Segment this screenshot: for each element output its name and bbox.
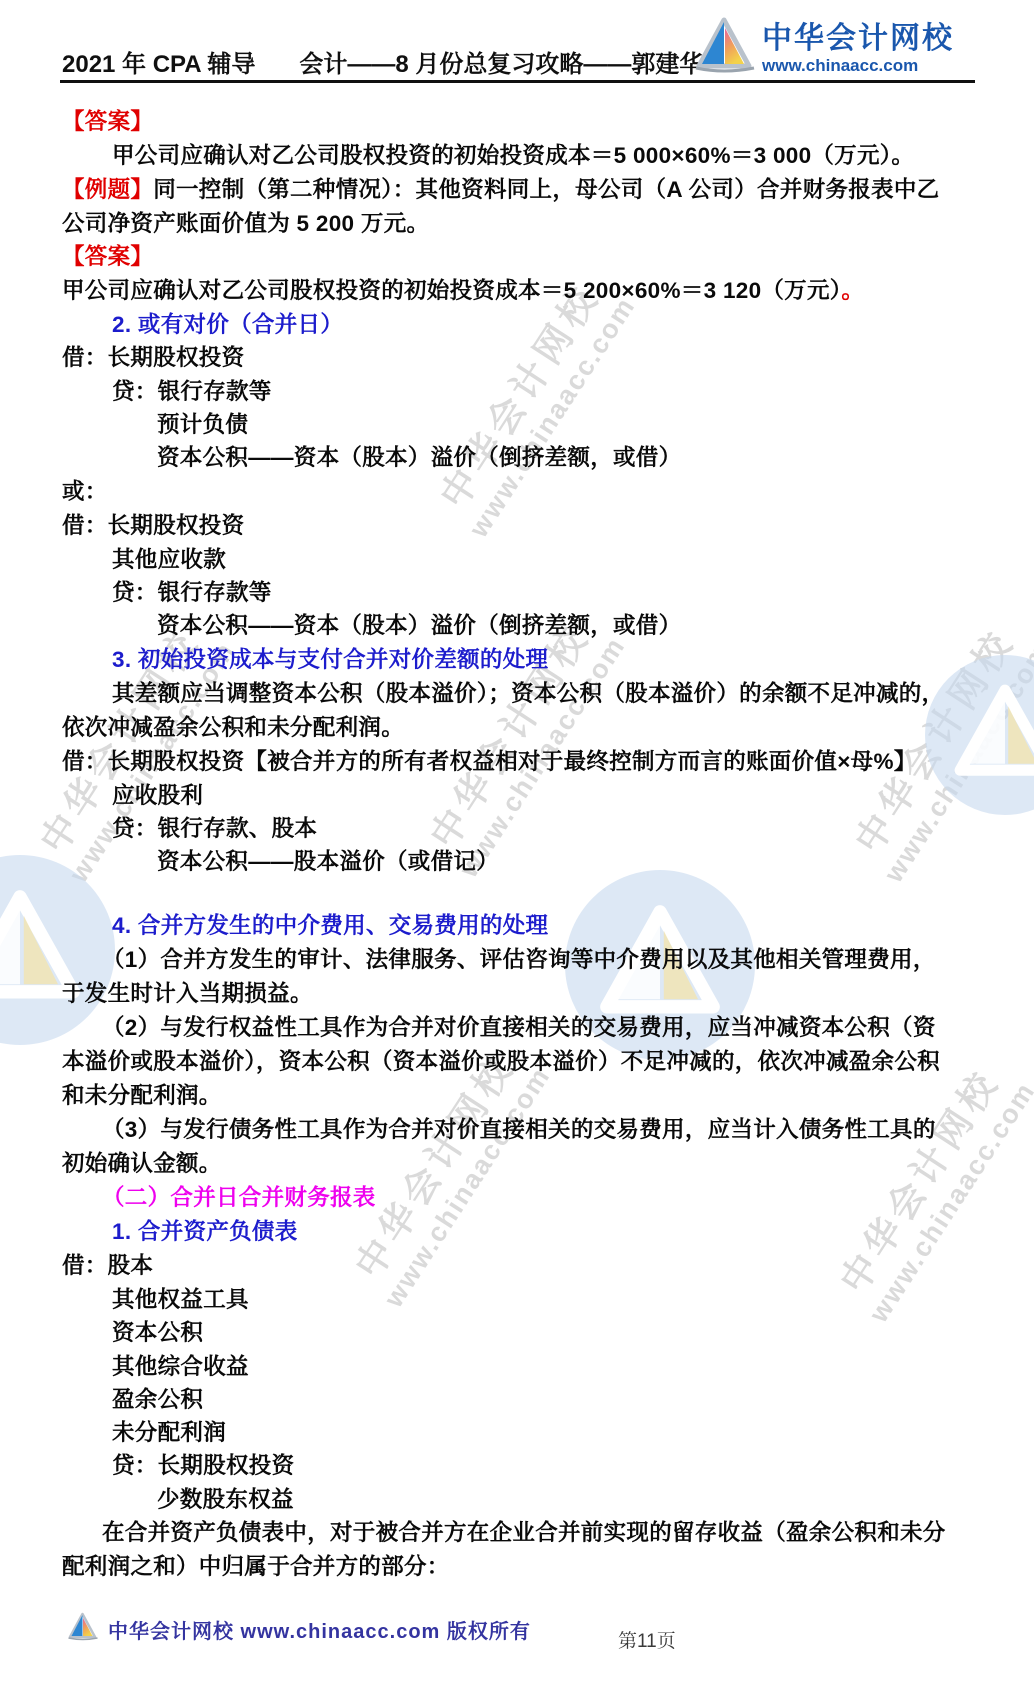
text-segment: 资本公积——股本溢价（或借记） [157,849,499,874]
text-line: 资本公积 [112,1319,203,1347]
text-segment: 依次冲减盈余公积和未分配利润。 [62,715,404,740]
text-line: 甲公司应确认对乙公司股权投资的初始投资成本＝5 000×60%＝3 000（万元… [112,142,914,170]
text-segment: 1. 合并资产负债表 [112,1219,298,1244]
text-line: 借：长期股权投资 [62,344,244,372]
brand-name: 中华会计网校 [762,24,954,54]
text-segment: 公司净资产账面价值为 5 200 万元。 [62,211,429,236]
text-line: 初始确认金额。 [62,1150,222,1178]
text-line: 3. 初始投资成本与支付合并对价差额的处理 [112,646,548,674]
text-line: 贷：长期股权投资 [112,1452,294,1480]
text-segment: 2. 或有对价（合并日） [112,312,343,337]
text-line: 资本公积——资本（股本）溢价（倒挤差额，或借） [157,612,681,640]
text-line: 其差额应当调整资本公积（股本溢价）；资本公积（股本溢价）的余额不足冲减的， [112,680,944,708]
text-line: 4. 合并方发生的中介费用、交易费用的处理 [112,912,548,940]
header-logo: 中华会计网校 www.chinaacc.com [694,16,954,81]
text-line: 其他应收款 [112,546,226,574]
text-line: 应收股利 [112,782,203,810]
text-line: 于发生时计入当期损益。 [62,980,313,1008]
brand-triangle-icon [694,16,756,81]
text-segment: 。 [841,278,864,303]
text-line: （1）合并方发生的审计、法律服务、评估咨询等中介费用以及其他相关管理费用， [102,946,936,974]
text-line: 和未分配利润。 [62,1082,222,1110]
text-segment: 配利润之和）中归属于合并方的部分： [62,1554,450,1579]
brand-text: 中华会计网校 www.chinaacc.com [762,24,954,74]
header-title-right: 会计——8 月份总复习攻略——郭建华 [299,51,703,78]
text-line: 其他权益工具 [112,1286,249,1314]
text-segment: 其他应收款 [112,547,226,572]
text-segment: 借：股本 [62,1253,153,1278]
text-line: 其他综合收益 [112,1353,249,1381]
text-line: 配利润之和）中归属于合并方的部分： [62,1553,450,1581]
text-segment: 3. 初始投资成本与支付合并对价差额的处理 [112,647,548,672]
text-segment: 甲公司应确认对乙公司股权投资的初始投资成本＝5 000×60%＝3 000（万元… [112,143,914,168]
text-line: （3）与发行债务性工具作为合并对价直接相关的交易费用，应当计入债务性工具的 [102,1116,936,1144]
footer-triangle-icon [66,1612,100,1647]
text-segment: （二）合并日合并财务报表 [102,1185,376,1210]
text-segment: 借：长期股权投资 [62,513,244,538]
text-line: 贷：银行存款、股本 [112,815,317,843]
text-line: 【答案】 [62,108,153,136]
text-segment: 和未分配利润。 [62,1083,222,1108]
text-line: 贷：银行存款等 [112,378,272,406]
text-line: 或： [62,478,108,506]
text-line: 1. 合并资产负债表 [112,1218,298,1246]
text-line: 依次冲减盈余公积和未分配利润。 [62,714,404,742]
text-segment: 贷：银行存款、股本 [112,816,317,841]
text-segment: 甲公司应确认对乙公司股权投资的初始投资成本＝5 200×60%＝3 120（万元… [62,278,841,303]
header-divider [60,80,975,83]
text-segment: 资本公积 [112,1320,203,1345]
text-line: 预计负债 [157,411,248,439]
text-segment: 其差额应当调整资本公积（股本溢价）；资本公积（股本溢价）的余额不足冲减的， [112,681,944,706]
footer: 中华会计网校 www.chinaacc.com 版权所有 [66,1612,531,1647]
text-segment: 盈余公积 [112,1387,203,1412]
text-segment: 初始确认金额。 [62,1151,222,1176]
text-line: 资本公积——资本（股本）溢价（倒挤差额，或借） [157,444,681,472]
content-layer: 2021 年 CPA 辅导会计——8 月份总复习攻略——郭建华 中华会 [0,0,1034,1700]
text-line: 本溢价或股本溢价），资本公积（资本溢价或股本溢价）不足冲减的，依次冲减盈余公积 [62,1048,940,1076]
text-segment: 其他权益工具 [112,1287,249,1312]
text-line: 借：长期股权投资 [62,512,244,540]
text-line: 在合并资产负债表中，对于被合并方在企业合并前实现的留存收益（盈余公积和未分 [102,1519,946,1547]
header-title: 2021 年 CPA 辅导会计——8 月份总复习攻略——郭建华 [62,44,703,79]
document-page: 中华会计网校www.chinaacc.com中华会计网校www.chinaacc… [0,0,1034,1700]
brand-url: www.chinaacc.com [762,57,954,74]
text-segment: 资本公积——资本（股本）溢价（倒挤差额，或借） [157,445,681,470]
text-line: 甲公司应确认对乙公司股权投资的初始投资成本＝5 200×60%＝3 120（万元… [62,277,864,305]
text-line: （二）合并日合并财务报表 [102,1184,376,1212]
text-segment: 【例题】 [62,177,153,202]
text-line: 盈余公积 [112,1386,203,1414]
text-segment: 少数股东权益 [157,1487,294,1512]
header-title-left: 2021 年 CPA 辅导 [62,51,255,78]
text-segment: 本溢价或股本溢价），资本公积（资本溢价或股本溢价）不足冲减的，依次冲减盈余公积 [62,1049,940,1074]
text-segment: 借：长期股权投资 [62,345,244,370]
text-segment: 资本公积——资本（股本）溢价（倒挤差额，或借） [157,613,681,638]
text-line: 少数股东权益 [157,1486,294,1514]
text-segment: 4. 合并方发生的中介费用、交易费用的处理 [112,913,548,938]
text-line: 2. 或有对价（合并日） [112,311,343,339]
text-segment: 贷：银行存款等 [112,580,272,605]
text-segment: 或： [62,479,108,504]
text-segment: 未分配利润 [112,1420,226,1445]
text-line: （2）与发行权益性工具作为合并对价直接相关的交易费用，应当冲减资本公积（资 [102,1014,936,1042]
text-line: 未分配利润 [112,1419,226,1447]
text-segment: 于发生时计入当期损益。 [62,981,313,1006]
text-segment: 预计负债 [157,412,248,437]
text-segment: （3）与发行债务性工具作为合并对价直接相关的交易费用，应当计入债务性工具的 [102,1117,936,1142]
text-segment: 贷：长期股权投资 [112,1453,294,1478]
text-line: 资本公积——股本溢价（或借记） [157,848,499,876]
text-line: 贷：银行存款等 [112,579,272,607]
text-line: 【答案】 [62,243,153,271]
text-segment: 在合并资产负债表中，对于被合并方在企业合并前实现的留存收益（盈余公积和未分 [102,1520,946,1545]
text-segment: 【答案】 [62,109,153,134]
page-number: 第11页 [618,1626,676,1653]
text-line: 【例题】同一控制（第二种情况）：其他资料同上，母公司（A 公司）合并财务报表中乙 [62,176,939,204]
text-segment: 借：长期股权投资【被合并方的所有者权益相对于最终控制方而言的账面价值×母%】 [62,749,917,774]
text-segment: 应收股利 [112,783,203,808]
text-segment: （1）合并方发生的审计、法律服务、评估咨询等中介费用以及其他相关管理费用， [102,947,936,972]
text-segment: 贷：银行存款等 [112,379,272,404]
text-line: 借：股本 [62,1252,153,1280]
text-line: 公司净资产账面价值为 5 200 万元。 [62,210,429,238]
text-line: 借：长期股权投资【被合并方的所有者权益相对于最终控制方而言的账面价值×母%】 [62,748,917,776]
text-segment: 同一控制（第二种情况）：其他资料同上，母公司（A 公司）合并财务报表中乙 [153,177,939,202]
text-segment: 其他综合收益 [112,1354,249,1379]
text-segment: 【答案】 [62,244,153,269]
text-segment: （2）与发行权益性工具作为合并对价直接相关的交易费用，应当冲减资本公积（资 [102,1015,936,1040]
footer-copyright: 中华会计网校 www.chinaacc.com 版权所有 [108,1615,531,1644]
